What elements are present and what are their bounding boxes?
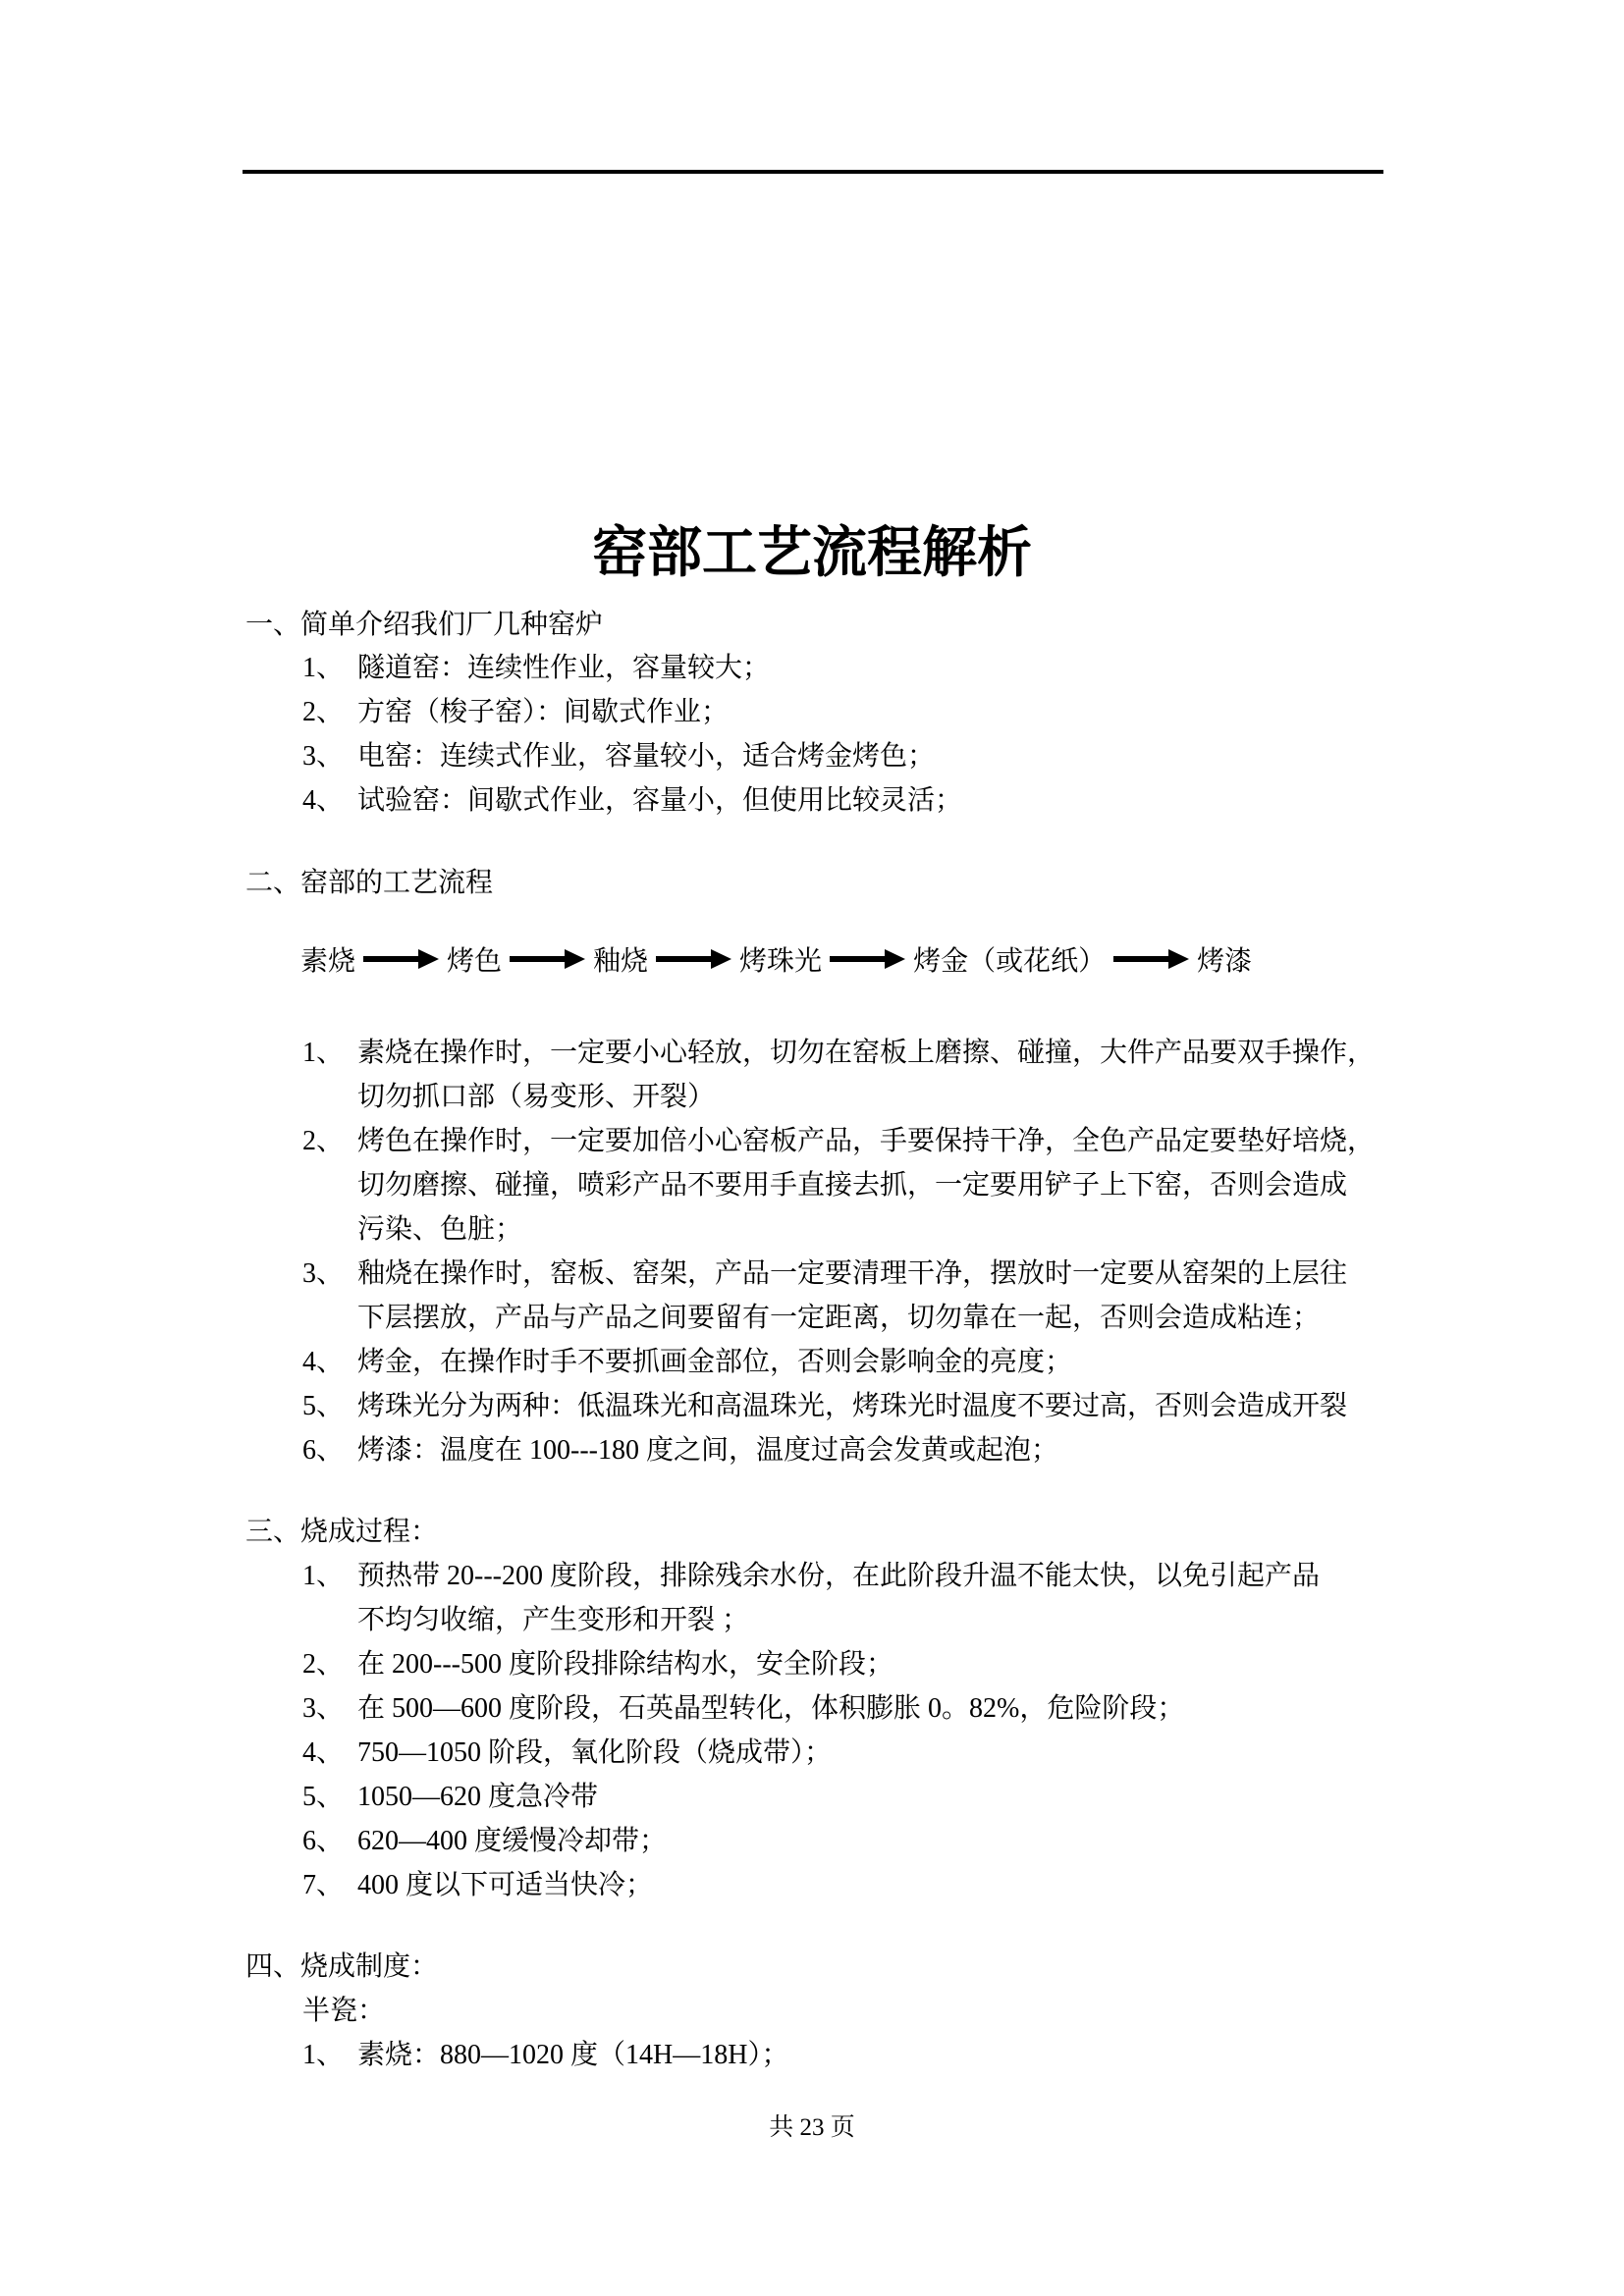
- arrow-right-icon: [363, 949, 439, 969]
- item-text: 污染、色脏；: [357, 1214, 522, 1245]
- list-item: 7、400 度以下可适当快冷；: [302, 1863, 1624, 1907]
- flow-step: 烤金（或花纸）: [913, 939, 1106, 979]
- list-item: 1、预热带 20---200 度阶段，排除残余水份，在此阶段升温不能太快，以免引…: [302, 1554, 1624, 1598]
- section-3-heading: 三、烧成过程：: [245, 1510, 438, 1554]
- item-text: 方窑（梭子窑）：间歇式作业；: [357, 697, 729, 727]
- item-text: 烤珠光分为两种：低温珠光和高温珠光，烤珠光时温度不要过高，否则会造成开裂: [357, 1391, 1347, 1421]
- item-number: 3、: [302, 1686, 357, 1731]
- item-text: 不均匀收缩，产生变形和开裂 ；: [357, 1605, 749, 1635]
- item-number: 5、: [302, 1775, 357, 1819]
- item-number: 7、: [302, 1863, 357, 1907]
- section-2-list: 1、素烧在操作时，一定要小心轻放，切勿在窑板上磨擦、碰撞，大件产品要双手操作， …: [302, 1031, 1624, 1472]
- list-item: 4、烤金，在操作时手不要抓画金部位，否则会影响金的亮度；: [302, 1340, 1624, 1384]
- item-text: 620—400 度缓慢冷却带；: [357, 1826, 667, 1856]
- item-text: 750—1050 阶段，氧化阶段（烧成带）；: [357, 1737, 832, 1768]
- section-2-heading: 二、窑部的工艺流程: [245, 861, 493, 905]
- item-number: 1、: [302, 1031, 357, 1075]
- list-item: 6、烤漆：温度在 100---180 度之间，温度过高会发黄或起泡；: [302, 1428, 1624, 1472]
- list-item: 3、在 500—600 度阶段，石英晶型转化，体积膨胀 0。82%，危险阶段；: [302, 1686, 1624, 1731]
- document-page: 窑部工艺流程解析 一、简单介绍我们厂几种窑炉 1、隧道窑：连续性作业，容量较大；…: [0, 0, 1624, 2296]
- flow-step: 烤漆: [1197, 939, 1252, 979]
- arrow-right-icon: [510, 949, 585, 969]
- item-number: 3、: [302, 734, 357, 778]
- section-4-subheading: 半瓷：: [302, 1989, 385, 2033]
- item-number: 6、: [302, 1428, 357, 1472]
- item-text: 烤金，在操作时手不要抓画金部位，否则会影响金的亮度；: [357, 1347, 1072, 1377]
- flow-step: 釉烧: [593, 939, 648, 979]
- item-text: 隧道窑：连续性作业，容量较大；: [357, 653, 770, 683]
- arrow-right-icon: [656, 949, 731, 969]
- item-text: 1050—620 度急冷带: [357, 1782, 598, 1812]
- item-text: 素烧：880—1020 度（14H—18H）；: [357, 2040, 788, 2070]
- item-number: 1、: [302, 646, 357, 690]
- section-4-list: 1、素烧：880—1020 度（14H—18H）；: [302, 2033, 1624, 2077]
- item-text: 400 度以下可适当快冷；: [357, 1870, 653, 1900]
- item-number: 3、: [302, 1252, 357, 1296]
- item-text: 切勿抓口部（易变形、开裂）: [357, 1082, 715, 1112]
- item-text: 切勿磨擦、碰撞，喷彩产品不要用手直接去抓，一定要用铲子上下窑，否则会造成: [357, 1170, 1347, 1201]
- list-item: 2、方窑（梭子窑）：间歇式作业；: [302, 690, 1624, 734]
- item-number: 4、: [302, 1340, 357, 1384]
- arrow-right-icon: [830, 949, 905, 969]
- item-text: 下层摆放，产品与产品之间要留有一定距离，切勿靠在一起，否则会造成粘连；: [357, 1303, 1320, 1333]
- list-item: 1、素烧：880—1020 度（14H—18H）；: [302, 2033, 1624, 2077]
- item-text: 电窑：连续式作业，容量较小，适合烤金烤色；: [357, 741, 935, 772]
- item-number: 4、: [302, 778, 357, 823]
- process-flow-diagram: 素烧 烤色 釉烧 烤珠光 烤金（或花纸） 烤漆: [300, 938, 1252, 980]
- item-number: 5、: [302, 1384, 357, 1428]
- section-1-list: 1、隧道窑：连续性作业，容量较大； 2、方窑（梭子窑）：间歇式作业； 3、电窑：…: [302, 646, 1624, 823]
- item-number: 2、: [302, 690, 357, 734]
- item-text: 预热带 20---200 度阶段，排除残余水份，在此阶段升温不能太快，以免引起产…: [357, 1561, 1320, 1591]
- arrow-right-icon: [1113, 949, 1189, 969]
- list-item: 1、素烧在操作时，一定要小心轻放，切勿在窑板上磨擦、碰撞，大件产品要双手操作，: [302, 1031, 1624, 1075]
- list-item: 1、隧道窑：连续性作业，容量较大；: [302, 646, 1624, 690]
- section-4-heading: 四、烧成制度：: [245, 1945, 438, 1989]
- item-text: 在 500—600 度阶段，石英晶型转化，体积膨胀 0。82%，危险阶段；: [357, 1693, 1184, 1724]
- list-item: 3、釉烧在操作时，窑板、窑架，产品一定要清理干净，摆放时一定要从窑架的上层往: [302, 1252, 1624, 1296]
- page-title: 窑部工艺流程解析: [0, 518, 1624, 589]
- item-number: 4、: [302, 1731, 357, 1775]
- list-item-continuation: 下层摆放，产品与产品之间要留有一定距离，切勿靠在一起，否则会造成粘连；: [302, 1296, 1624, 1340]
- section-3-list: 1、预热带 20---200 度阶段，排除残余水份，在此阶段升温不能太快，以免引…: [302, 1554, 1624, 1907]
- list-item-continuation: 切勿抓口部（易变形、开裂）: [302, 1075, 1624, 1119]
- list-item: 2、烤色在操作时，一定要加倍小心窑板产品，手要保持干净，全色产品定要垫好培烧，: [302, 1119, 1624, 1163]
- item-text: 试验窑：间歇式作业，容量小，但使用比较灵活；: [357, 785, 962, 816]
- list-item: 6、620—400 度缓慢冷却带；: [302, 1819, 1624, 1863]
- list-item: 4、750—1050 阶段，氧化阶段（烧成带）；: [302, 1731, 1624, 1775]
- list-item: 3、电窑：连续式作业，容量较小，适合烤金烤色；: [302, 734, 1624, 778]
- flow-step: 烤色: [447, 939, 502, 979]
- item-number: 6、: [302, 1819, 357, 1863]
- flow-step: 烤珠光: [739, 939, 822, 979]
- item-number: 1、: [302, 2033, 357, 2077]
- item-number: 2、: [302, 1119, 357, 1163]
- list-item-continuation: 污染、色脏；: [302, 1207, 1624, 1252]
- item-text: 烤漆：温度在 100---180 度之间，温度过高会发黄或起泡；: [357, 1435, 1058, 1466]
- header-rule: [243, 170, 1383, 174]
- item-text: 釉烧在操作时，窑板、窑架，产品一定要清理干净，摆放时一定要从窑架的上层往: [357, 1258, 1347, 1289]
- list-item: 5、烤珠光分为两种：低温珠光和高温珠光，烤珠光时温度不要过高，否则会造成开裂: [302, 1384, 1624, 1428]
- item-number: 1、: [302, 1554, 357, 1598]
- item-number: 2、: [302, 1642, 357, 1686]
- section-1-heading: 一、简单介绍我们厂几种窑炉: [245, 603, 603, 647]
- flow-step: 素烧: [300, 939, 355, 979]
- list-item-continuation: 不均匀收缩，产生变形和开裂 ；: [302, 1598, 1624, 1642]
- page-number-footer: 共 23 页: [0, 2109, 1624, 2148]
- item-text: 素烧在操作时，一定要小心轻放，切勿在窑板上磨擦、碰撞，大件产品要双手操作，: [357, 1038, 1375, 1068]
- item-text: 烤色在操作时，一定要加倍小心窑板产品，手要保持干净，全色产品定要垫好培烧，: [357, 1126, 1375, 1156]
- list-item: 4、试验窑：间歇式作业，容量小，但使用比较灵活；: [302, 778, 1624, 823]
- list-item: 2、在 200---500 度阶段排除结构水，安全阶段；: [302, 1642, 1624, 1686]
- list-item-continuation: 切勿磨擦、碰撞，喷彩产品不要用手直接去抓，一定要用铲子上下窑，否则会造成: [302, 1163, 1624, 1207]
- item-text: 在 200---500 度阶段排除结构水，安全阶段；: [357, 1649, 893, 1680]
- list-item: 5、1050—620 度急冷带: [302, 1775, 1624, 1819]
